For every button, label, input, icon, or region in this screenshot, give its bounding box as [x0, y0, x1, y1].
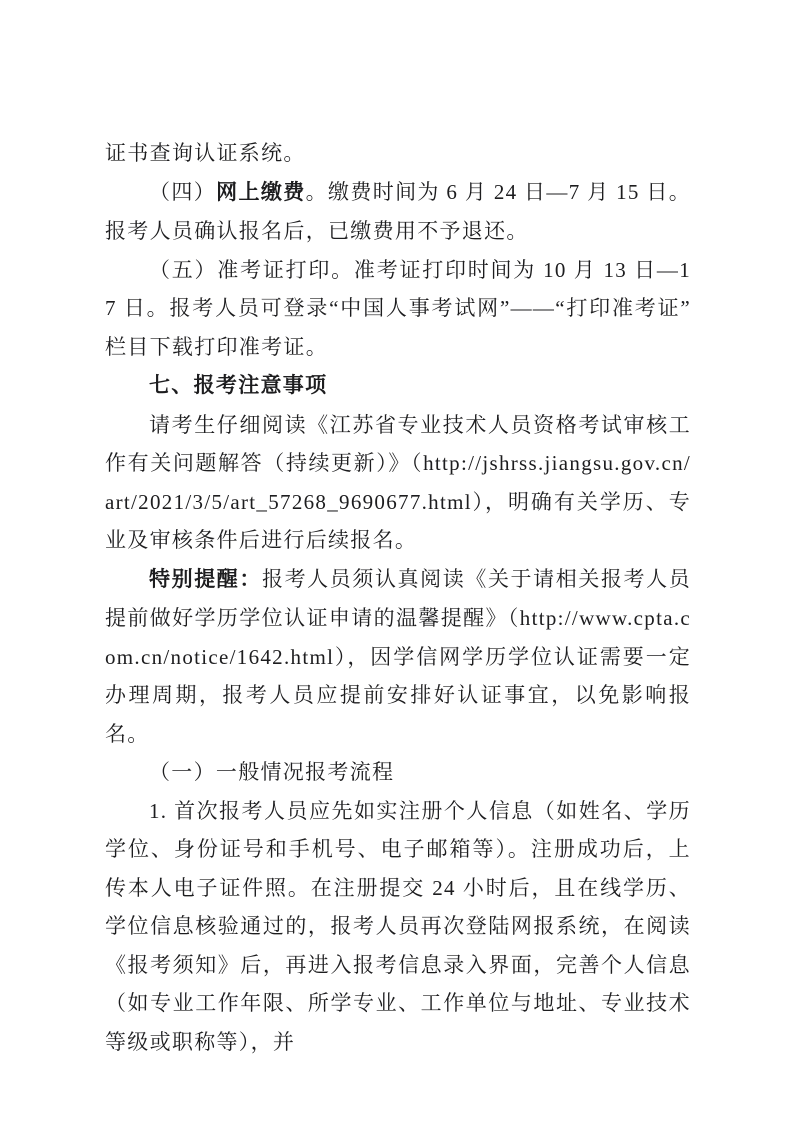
- paragraph-cert-system-continuation: 证书查询认证系统。: [105, 134, 691, 173]
- document-page: 证书查询认证系统。 （四）网上缴费。缴费时间为 6 月 24 日—7 月 15 …: [0, 0, 794, 1123]
- online-payment-numbering: （四）: [149, 180, 216, 204]
- paragraph-special-reminder: 特别提醒：报考人员须认真阅读《关于请相关报考人员提前做好学历学位认证申请的温馨提…: [105, 560, 691, 754]
- section-seven-heading-text: 七、报考注意事项: [149, 374, 327, 397]
- cert-system-text: 证书查询认证系统。: [105, 141, 306, 165]
- general-process-subheading-text: （一）一般情况报考流程: [149, 760, 394, 784]
- special-reminder-label: 特别提醒：: [149, 568, 262, 591]
- paragraph-general-process-subheading: （一）一般情况报考流程: [105, 753, 691, 792]
- paragraph-online-payment: （四）网上缴费。缴费时间为 6 月 24 日—7 月 15 日。报考人员确认报名…: [105, 173, 691, 251]
- special-reminder-body: 报考人员须认真阅读《关于请相关报考人员提前做好学历学位认证申请的温馨提醒》（ht…: [105, 567, 691, 746]
- first-time-registration-steps-body: 1. 首次报考人员应先如实注册个人信息（如姓名、学历学位、身份证号和手机号、电子…: [105, 799, 691, 1054]
- read-review-faq-body: 请考生仔细阅读《江苏省专业技术人员资格考试审核工作有关问题解答（持续更新）》（h…: [105, 413, 691, 553]
- admission-ticket-printing-body: （五）准考证打印。准考证打印时间为 10 月 13 日—17 日。报考人员可登录…: [105, 258, 691, 359]
- paragraph-first-time-registration-steps: 1. 首次报考人员应先如实注册个人信息（如姓名、学历学位、身份证号和手机号、电子…: [105, 792, 691, 1062]
- paragraph-read-review-faq: 请考生仔细阅读《江苏省专业技术人员资格考试审核工作有关问题解答（持续更新）》（h…: [105, 406, 691, 560]
- paragraph-section-seven-heading: 七、报考注意事项: [105, 366, 691, 406]
- paragraph-admission-ticket-printing: （五）准考证打印。准考证打印时间为 10 月 13 日—17 日。报考人员可登录…: [105, 251, 691, 367]
- online-payment-label: 网上缴费: [216, 181, 305, 204]
- document-text-block: 证书查询认证系统。 （四）网上缴费。缴费时间为 6 月 24 日—7 月 15 …: [105, 134, 691, 1061]
